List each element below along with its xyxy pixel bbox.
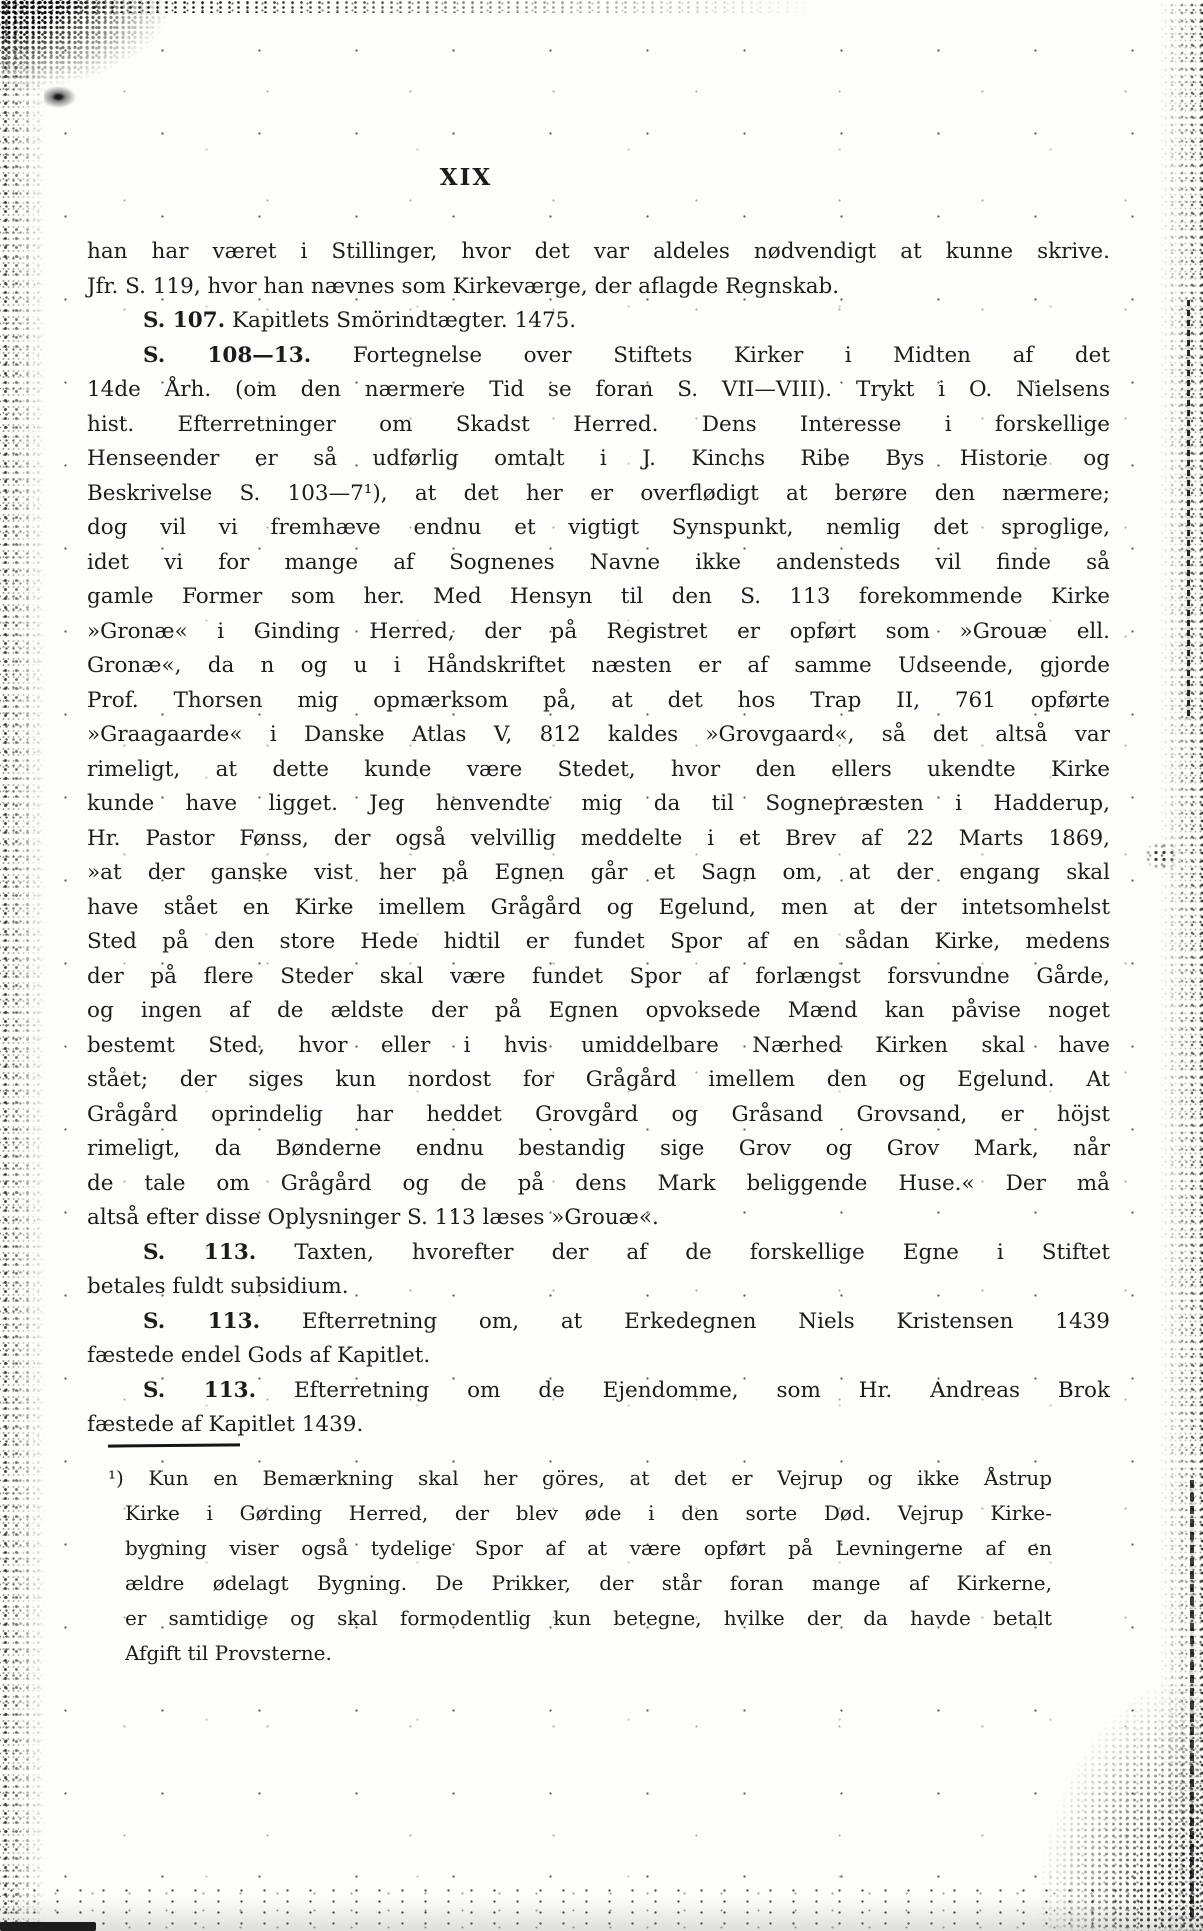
body-text-line: S. 108—13. Fortegnelse over Stiftets Kir…: [87, 339, 1110, 374]
body-text-line: S. 113. Efterretning om, at Erkedegnen N…: [87, 1305, 1110, 1340]
body-text-line: han har været i Stillinger, hvor det var…: [87, 235, 1110, 270]
footnote-text-line: Kirke i Gørding Herred, der blev øde i d…: [108, 1496, 1052, 1531]
body-text-line: bestemt Sted, hvor eller i hvis umiddelb…: [87, 1029, 1110, 1064]
body-text-line: de tale om Grågård og de på dens Mark be…: [87, 1167, 1110, 1202]
body-text-line: stået; der siges kun nordost for Grågård…: [87, 1063, 1110, 1098]
body-text-line: Hr. Pastor Fønss, der også velvillig med…: [87, 822, 1110, 857]
scan-noise-top-left: [0, 0, 170, 90]
body-text-line: der på flere Steder skal være fundet Spo…: [87, 960, 1110, 995]
body-text-line: Grågård oprindelig har heddet Grovgård o…: [87, 1098, 1110, 1133]
body-text-line: Prof. Thorsen mig opmærksom på, at det h…: [87, 684, 1110, 719]
body-text-line: og ingen af de ældste der på Egnen opvok…: [87, 994, 1110, 1029]
ink-smudge-top-left: [44, 86, 76, 108]
body-text-line: S. 113. Efterretning om de Ejendomme, so…: [87, 1374, 1110, 1409]
body-text-line: dog vil vi fremhæve endnu et vigtigt Syn…: [87, 511, 1110, 546]
scan-noise-bottom-right: [1033, 1671, 1203, 1931]
body-text-line: Beskrivelse S. 103—7¹), at det her er ov…: [87, 477, 1110, 512]
scan-streak-right-lower: [1190, 1480, 1194, 1920]
footnote-block: ¹) Kun en Bemærkning skal her göres, at …: [108, 1461, 1052, 1671]
page-number-heading: XIX: [0, 164, 932, 191]
body-text-line: Gronæ«, da n og u i Håndskriftet næsten …: [87, 649, 1110, 684]
scan-noise-left-edge: [0, 0, 52, 1931]
body-text-line: S. 107. Kapitlets Smörindtægter. 1475.: [87, 304, 1110, 339]
body-text-line: Henseender er så udførlig omtalt i J. Ki…: [87, 442, 1110, 477]
body-text-line: have stået en Kirke imellem Grågård og E…: [87, 891, 1110, 926]
footnote-text-line: bygning viser også tydelige Spor af at v…: [108, 1531, 1052, 1566]
ink-speck-right-margin: [1144, 842, 1180, 870]
main-text-block: han har været i Stillinger, hvor det var…: [87, 235, 1110, 1443]
body-text-line: Sted på den store Hede hidtil er fundet …: [87, 925, 1110, 960]
body-text-line: fæstede af Kapitlet 1439.: [87, 1408, 1110, 1443]
footnote-text-line: er samtidige og skal formodentlig kun be…: [108, 1601, 1052, 1636]
body-text-line: idet vi for mange af Sognenes Navne ikke…: [87, 546, 1110, 581]
scan-noise-right-edge: [1155, 0, 1203, 1931]
footnote-text-line: ¹) Kun en Bemærkning skal her göres, at …: [108, 1461, 1052, 1496]
body-text-line: »Gronæ« i Ginding Herred, der på Registr…: [87, 615, 1110, 650]
footnote-separator-rule: [108, 1443, 240, 1447]
body-text-line: hist. Efterretninger om Skadst Herred. D…: [87, 408, 1110, 443]
body-text-line: altså efter disse Oplysninger S. 113 læs…: [87, 1201, 1110, 1236]
body-text-line: betales fuldt subsidium.: [87, 1270, 1110, 1305]
footnote-text-line: Afgift til Provsterne.: [108, 1636, 1052, 1671]
body-text-line: fæstede endel Gods af Kapitlet.: [87, 1339, 1110, 1374]
body-text-line: 14de Årh. (om den nærmere Tid se foran S…: [87, 373, 1110, 408]
body-text-line: »at der ganske vist her på Egnen går et …: [87, 856, 1110, 891]
body-text-line: »Graagaarde« i Danske Atlas V, 812 kalde…: [87, 718, 1110, 753]
scan-streak-right-upper: [1187, 300, 1190, 720]
scan-noise-top-edge: [0, 0, 820, 13]
body-text-line: kunde have ligget. Jeg henvendte mig da …: [87, 787, 1110, 822]
body-text-line: rimeligt, at dette kunde være Stedet, hv…: [87, 753, 1110, 788]
body-text-line: rimeligt, da Bønderne endnu bestandig si…: [87, 1132, 1110, 1167]
scan-noise-bottom-edge: [0, 1885, 1203, 1931]
scanned-book-page: XIX han har været i Stillinger, hvor det…: [0, 0, 1203, 1931]
scan-dark-bar-bottom-left: [0, 1922, 96, 1931]
body-text-line: S. 113. Taxten, hvorefter der af de fors…: [87, 1236, 1110, 1271]
body-text-line: Jfr. S. 119, hvor han nævnes som Kirkevæ…: [87, 270, 1110, 305]
body-text-line: gamle Former som her. Med Hensyn til den…: [87, 580, 1110, 615]
footnote-text-line: ældre ødelagt Bygning. De Prikker, der s…: [108, 1566, 1052, 1601]
